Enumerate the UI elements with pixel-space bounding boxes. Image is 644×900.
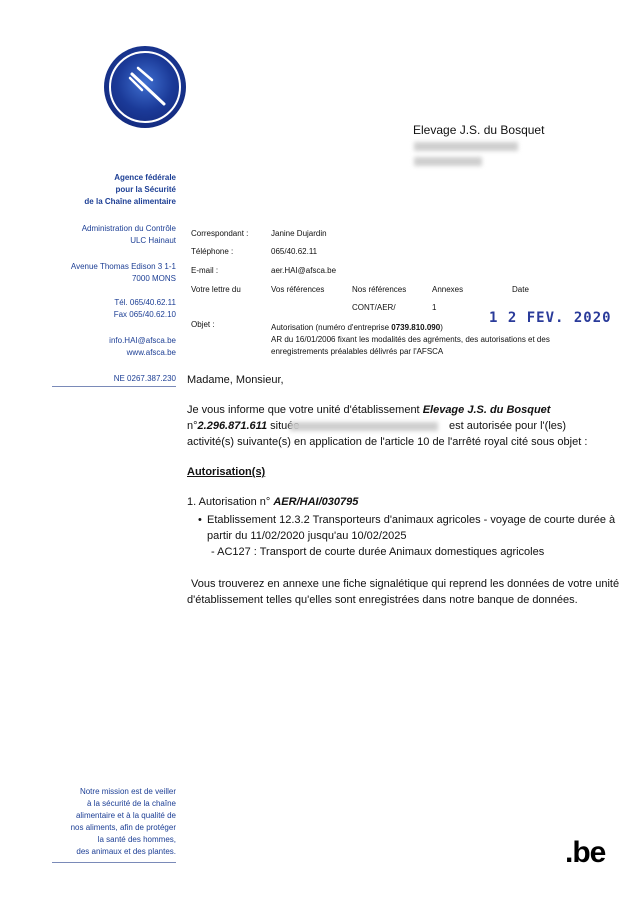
p1-line: n°2.296.871.611 située est autorisée pou… — [187, 418, 607, 434]
nos-references-label: Nos références — [352, 285, 406, 294]
objet-line: Autorisation (numéro d'entreprise 0739.8… — [271, 322, 571, 334]
establishment-name: Elevage J.S. du Bosquet — [423, 404, 551, 416]
mission-statement: Notre mission est de veiller à la sécuri… — [71, 786, 176, 858]
bullet-icon: • — [198, 512, 202, 528]
establishment-number: 2.296.871.611 — [198, 420, 268, 432]
vos-references-label: Vos références — [271, 285, 324, 294]
email-link[interactable]: info.HAI@afsca.be — [109, 335, 176, 347]
contact-block: info.HAI@afsca.be www.afsca.be — [109, 335, 176, 359]
p2-line: Vous trouverez en annexe une fiche signa… — [187, 576, 619, 592]
telephone-label: Téléphone : — [191, 247, 233, 256]
number-prefix: n° — [187, 420, 198, 432]
annexes-value: 1 — [432, 303, 436, 312]
p1-line: Je vous informe que votre unité d'établi… — [187, 402, 607, 418]
objet-label: Objet : — [191, 320, 215, 329]
correspondant-value: Janine Dujardin — [271, 229, 327, 238]
objet-suffix: ) — [440, 323, 443, 332]
nos-references-value: CONT/AER/ — [352, 303, 396, 312]
fax-line: Fax 065/40.62.10 — [114, 309, 176, 321]
redacted-address-line — [414, 142, 518, 151]
agency-line: de la Chaîne alimentaire — [84, 196, 176, 208]
bullet-line: Etablissement 12.3.2 Transporteurs d'ani… — [207, 512, 615, 528]
mission-line: à la sécurité de la chaîne — [71, 798, 176, 810]
sidebar-divider — [52, 386, 176, 387]
mission-line: alimentaire et à la qualité de — [71, 810, 176, 822]
redacted-city-line — [414, 157, 482, 166]
annexes-label: Annexes — [432, 285, 463, 294]
fork-icon — [104, 46, 186, 128]
agency-name: Agence fédérale pour la Sécurité de la C… — [84, 172, 176, 208]
objet-line: enregistrements préalables délivrés par … — [271, 346, 571, 358]
enterprise-number: 0739.810.090 — [391, 323, 440, 332]
agency-line: Agence fédérale — [84, 172, 176, 184]
website-link[interactable]: www.afsca.be — [109, 347, 176, 359]
bullet-line: partir du 11/02/2020 jusqu'au 10/02/2025 — [207, 528, 615, 544]
phone-block: Tél. 065/40.62.11 Fax 065/40.62.10 — [114, 297, 176, 321]
votre-lettre-label: Votre lettre du — [191, 285, 241, 294]
afsca-logo — [104, 46, 186, 128]
email-value: aer.HAI@afsca.be — [271, 266, 336, 275]
be-logo: .be — [565, 836, 605, 870]
section-title: Autorisation(s) — [187, 464, 265, 480]
recipient-name: Elevage J.S. du Bosquet — [413, 123, 544, 137]
paragraph-2: Vous trouverez en annexe une fiche signa… — [187, 576, 619, 608]
address-block: Avenue Thomas Edison 3 1-1 7000 MONS — [71, 261, 176, 285]
mission-line: Notre mission est de veiller — [71, 786, 176, 798]
ne-number: NE 0267.387.230 — [114, 373, 176, 385]
admin-line: ULC Hainaut — [82, 235, 176, 247]
bullet-item: Etablissement 12.3.2 Transporteurs d'ani… — [207, 512, 615, 560]
admin-block: Administration du Contrôle ULC Hainaut — [82, 223, 176, 247]
p1-text: est autorisée pour l'(les) — [449, 418, 566, 434]
mission-line: des animaux et des plantes. — [71, 846, 176, 858]
correspondant-label: Correspondant : — [191, 229, 248, 238]
address-line: 7000 MONS — [71, 273, 176, 285]
admin-line: Administration du Contrôle — [82, 223, 176, 235]
objet-line: AR du 16/01/2006 fixant les modalités de… — [271, 334, 571, 346]
date-label: Date — [512, 285, 529, 294]
objet-text: Autorisation (numéro d'entreprise 0739.8… — [271, 322, 571, 358]
telephone-value: 065/40.62.11 — [271, 247, 317, 256]
email-label: E-mail : — [191, 266, 218, 275]
authorization-number: AER/HAI/030795 — [273, 496, 358, 508]
phone-line: Tél. 065/40.62.11 — [114, 297, 176, 309]
paragraph-1: Je vous informe que votre unité d'établi… — [187, 402, 607, 450]
redacted-location — [290, 422, 438, 431]
mission-line: nos aliments, afin de protéger — [71, 822, 176, 834]
greeting: Madame, Monsieur, — [187, 372, 284, 388]
address-line: Avenue Thomas Edison 3 1-1 — [71, 261, 176, 273]
authorization-item: 1. Autorisation n° AER/HAI/030795 — [187, 494, 358, 510]
agency-line: pour la Sécurité — [84, 184, 176, 196]
p1-line: activité(s) suivante(s) en application d… — [187, 434, 607, 450]
auth-prefix: 1. Autorisation n° — [187, 496, 273, 508]
mission-divider — [52, 862, 176, 863]
p1-text: Je vous informe que votre unité d'établi… — [187, 404, 423, 416]
p2-line: d'établissement telles qu'elles sont enr… — [187, 592, 619, 608]
mission-line: la santé des hommes, — [71, 834, 176, 846]
sub-item: - AC127 : Transport de courte durée Anim… — [207, 544, 615, 560]
objet-prefix: Autorisation (numéro d'entreprise — [271, 323, 391, 332]
